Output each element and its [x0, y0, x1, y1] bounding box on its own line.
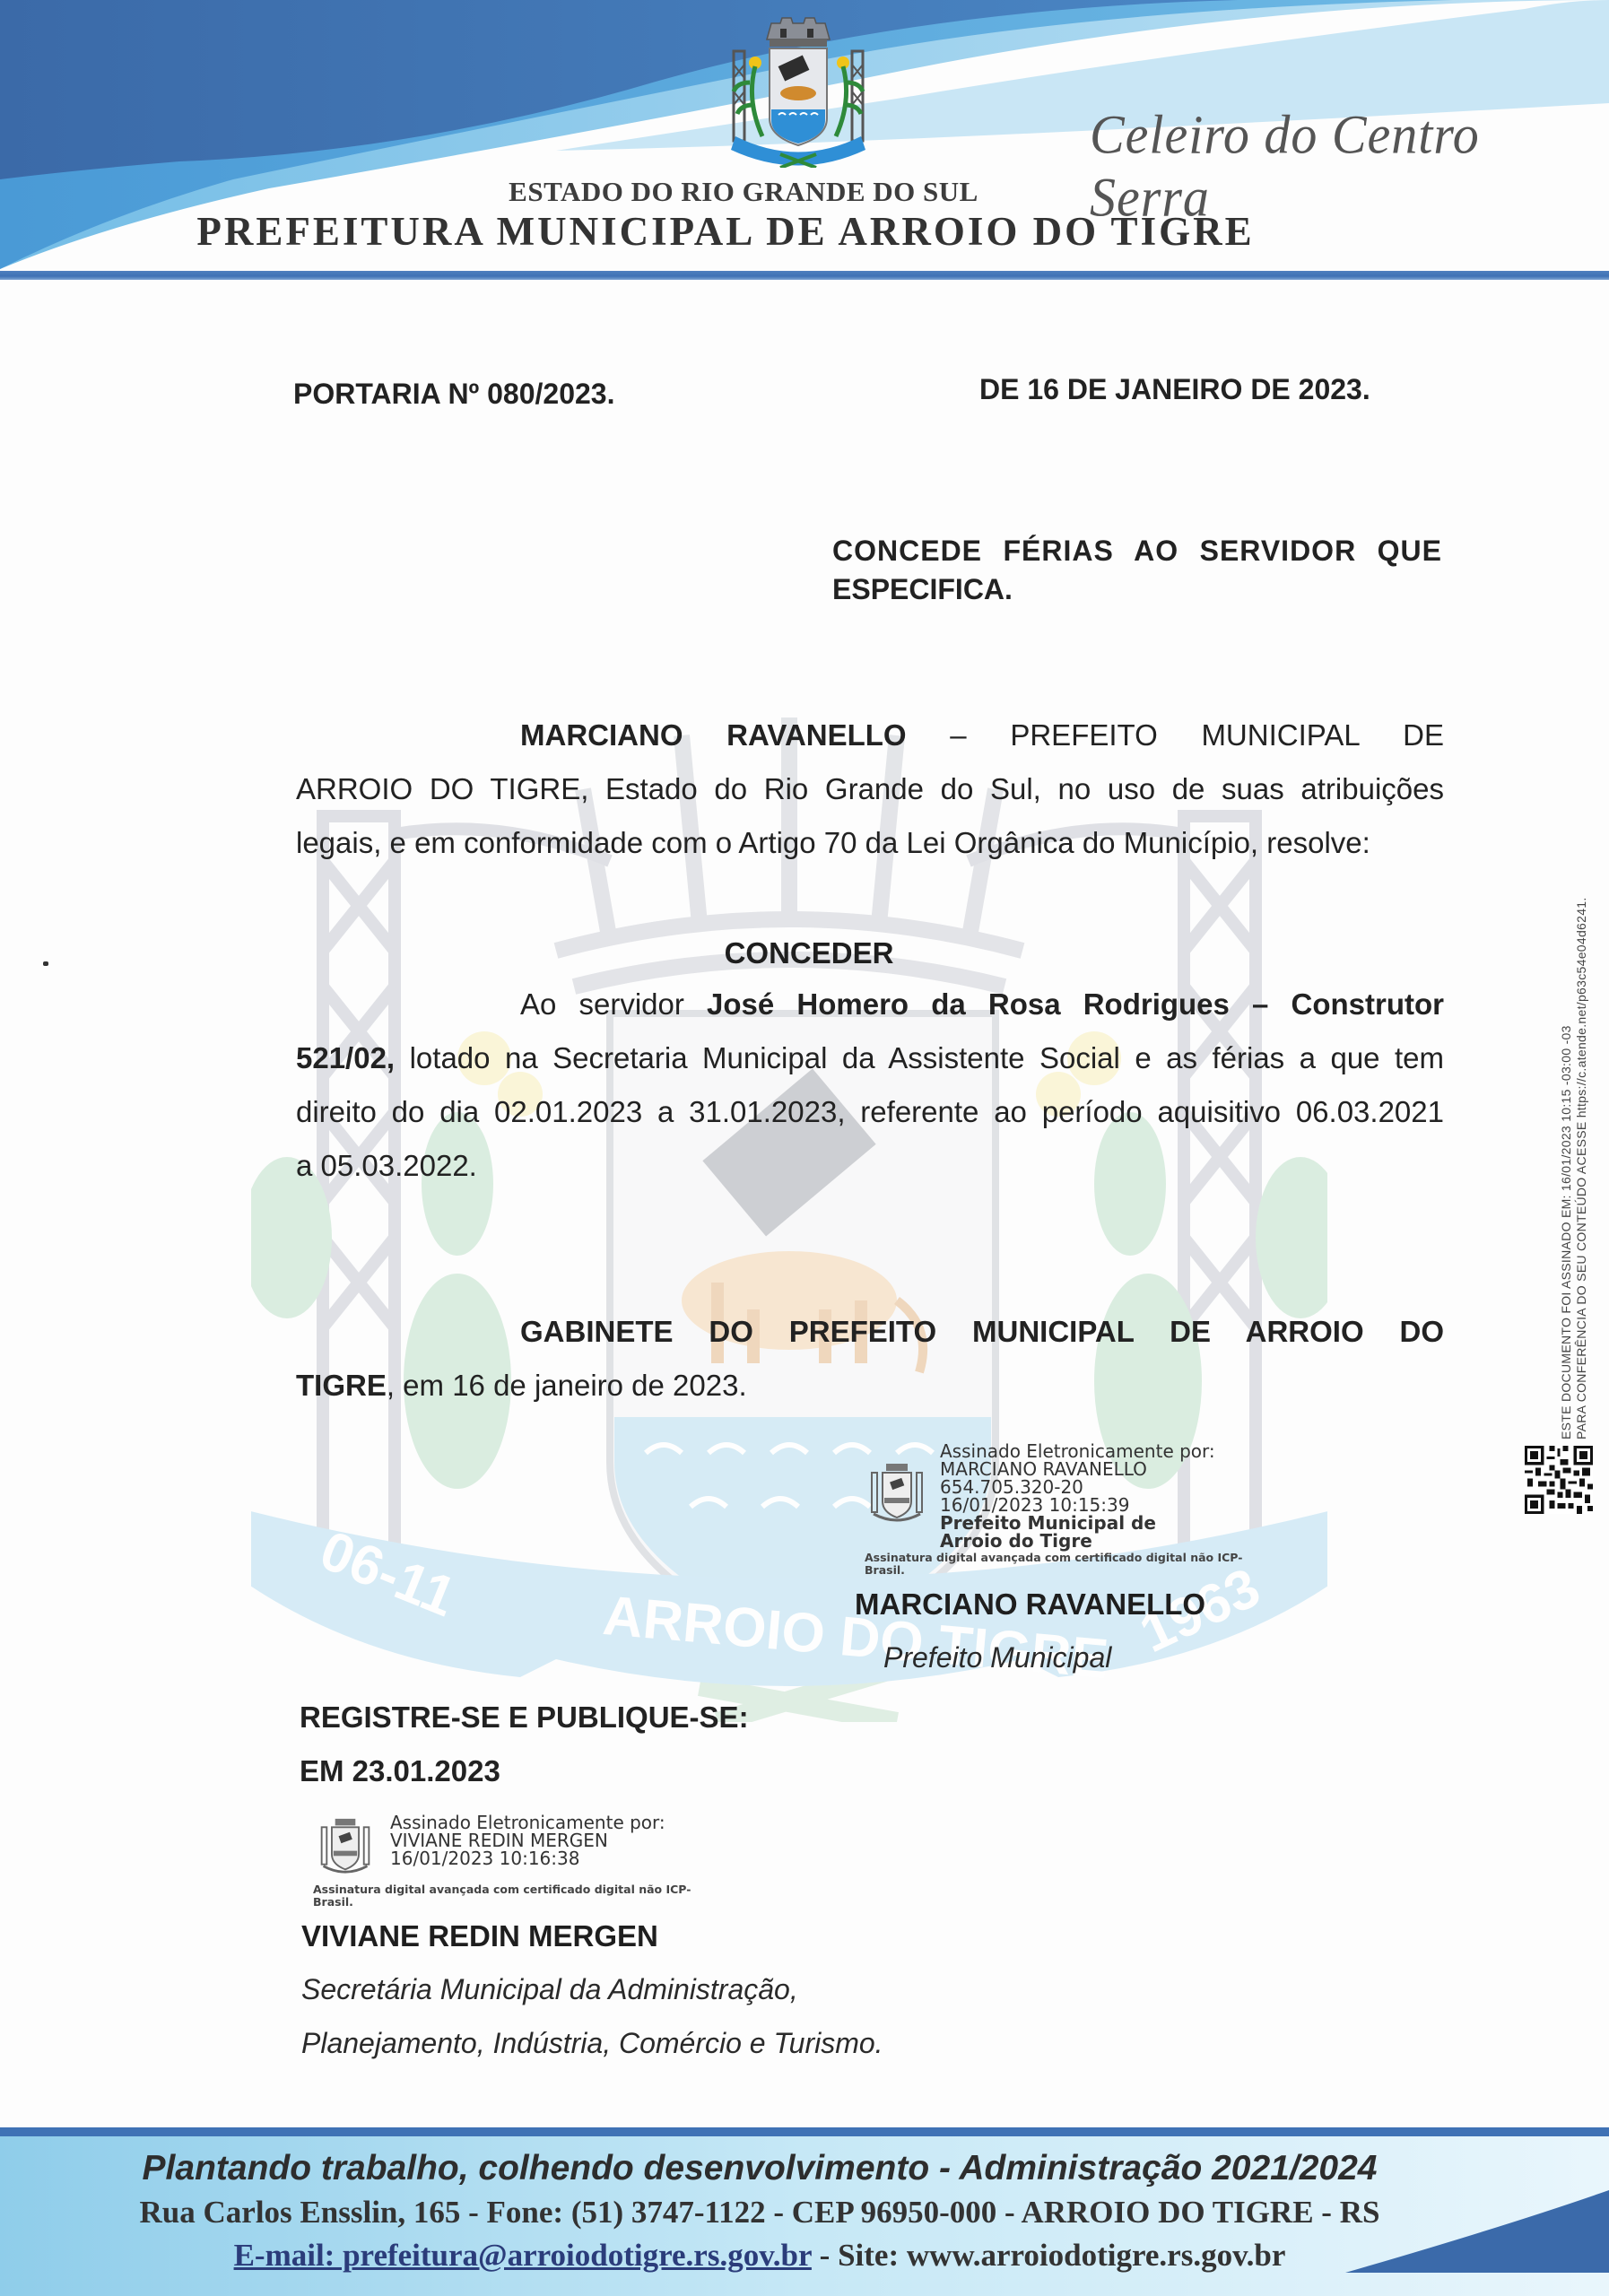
grant-line-3: direito do dia 02.01.2023 a 31.01.2023, …	[296, 1085, 1444, 1139]
grant-line-2: 521/02, lotado na Secretaria Municipal d…	[296, 1031, 1444, 1085]
ordinance-summary-line2: ESPECIFICA.	[832, 575, 1013, 604]
email-link[interactable]: E-mail: prefeitura@arroiodotigre.rs.gov.…	[234, 2238, 812, 2273]
mayor-signature-name: MARCIANO RAVANELLO	[855, 1587, 1205, 1622]
stamp-note-line2: Brasil.	[313, 1896, 353, 1909]
validation-line2[interactable]: PARA CONFERÊNCIA DO SEU CONTEÚDO ACESSE …	[1574, 897, 1589, 1439]
employee-name: José Homero da Rosa Rodrigues – Construt…	[707, 987, 1444, 1021]
preamble-paragraph: MARCIANO RAVANELLO – PREFEITO MUNICIPAL …	[296, 709, 1444, 870]
mayor-signature-title: Prefeito Municipal	[883, 1641, 1111, 1674]
stamp-signer-name: VIVIANE REDIN MERGEN	[390, 1831, 608, 1849]
stamp-header: Assinado Eletronicamente por:	[390, 1813, 665, 1831]
preamble-line-2: ARROIO DO TIGRE, Estado do Rio Grande do…	[296, 762, 1444, 816]
stamp-signer-name: MARCIANO RAVANELLO	[940, 1460, 1147, 1478]
preamble-line-3: legais, e em conformidade com o Artigo 7…	[296, 816, 1444, 870]
secretary-title-line2: Planejamento, Indústria, Comércio e Turi…	[301, 2027, 883, 2060]
footer-slogan: Plantando trabalho, colhendo desenvolvim…	[0, 2149, 1609, 2188]
employee-code: 521/02,	[296, 1041, 395, 1074]
site-link[interactable]: Site: www.arroiodotigre.rs.gov.br	[838, 2238, 1285, 2273]
city-hall-name: PREFEITURA MUNICIPAL DE ARROIO DO TIGRE	[0, 208, 1609, 255]
validation-notice: ESTE DOCUMENTO FOI ASSINADO EM: 16/01/20…	[1559, 897, 1589, 1439]
validation-line1: ESTE DOCUMENTO FOI ASSINADO EM: 16/01/20…	[1559, 897, 1574, 1439]
stamp-header: Assinado Eletronicamente por:	[940, 1442, 1215, 1460]
ordinance-number: PORTARIA Nº 080/2023.	[293, 379, 614, 408]
ordinance-date: DE 16 DE JANEIRO DE 2023.	[979, 375, 1370, 404]
qr-code-icon[interactable]	[1525, 1446, 1593, 1514]
grant-paragraph: Ao servidor José Homero da Rosa Rodrigue…	[296, 978, 1444, 1193]
stamp-timestamp: 16/01/2023 10:16:38	[390, 1849, 579, 1867]
action-heading: CONCEDER	[0, 936, 1609, 970]
stamp-note-line1: Assinatura digital avançada com certific…	[865, 1552, 1242, 1564]
registration-date: EM 23.01.2023	[300, 1756, 500, 1786]
header-divider	[0, 271, 1609, 280]
crest-stamp-icon	[317, 1815, 374, 1876]
registration-label: REGISTRE-SE E PUBLIQUE-SE:	[300, 1702, 749, 1732]
grant-line-4: a 05.03.2022.	[296, 1139, 1444, 1193]
crest-stamp-icon	[866, 1460, 927, 1525]
grant-line-1: Ao servidor José Homero da Rosa Rodrigue…	[296, 978, 1444, 1031]
closing-paragraph: GABINETE DO PREFEITO MUNICIPAL DE ARROIO…	[296, 1305, 1444, 1413]
stamp-note-line2: Brasil.	[865, 1564, 905, 1577]
secretary-signature-name: VIVIANE REDIN MERGEN	[301, 1919, 658, 1953]
state-name: ESTADO DO RIO GRANDE DO SUL	[0, 176, 1609, 208]
municipal-crest-logo	[718, 11, 879, 168]
secretary-e-signature-stamp: Assinado Eletronicamente por: VIVIANE RE…	[309, 1810, 740, 1918]
closing-line-2: TIGRE, em 16 de janeiro de 2023.	[296, 1359, 1444, 1413]
mayor-name-inline: MARCIANO RAVANELLO	[520, 718, 907, 752]
footer-contact: E-mail: prefeitura@arroiodotigre.rs.gov.…	[0, 2238, 1609, 2274]
stamp-timestamp: 16/01/2023 10:15:39	[940, 1496, 1129, 1514]
stamp-signer-id: 654.705.320-20	[940, 1478, 1083, 1496]
preamble-line-1: MARCIANO RAVANELLO – PREFEITO MUNICIPAL …	[296, 709, 1444, 762]
stamp-note-line1: Assinatura digital avançada com certific…	[313, 1883, 691, 1896]
ordinance-summary-line1: CONCEDE FÉRIAS AO SERVIDOR QUE	[832, 536, 1442, 565]
stamp-role-line2: Arroio do Tigre	[940, 1532, 1092, 1550]
footer-address: Rua Carlos Ensslin, 165 - Fone: (51) 374…	[0, 2195, 1609, 2231]
secretary-title-line1: Secretária Municipal da Administração,	[301, 1973, 798, 2006]
mayor-e-signature-stamp: Assinado Eletronicamente por: MARCIANO R…	[861, 1442, 1292, 1586]
stamp-role-line1: Prefeito Municipal de	[940, 1514, 1156, 1532]
closing-line-1: GABINETE DO PREFEITO MUNICIPAL DE ARROIO…	[296, 1305, 1444, 1359]
